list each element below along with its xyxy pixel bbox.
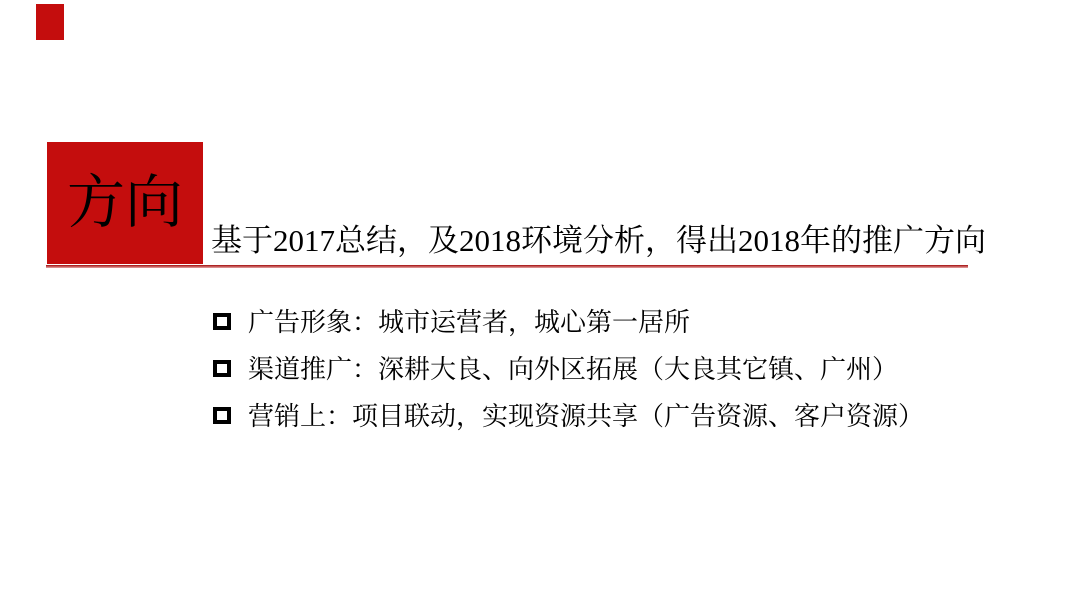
section-title-box: 方向 xyxy=(47,142,203,264)
title-divider-line xyxy=(46,265,968,268)
bullet-text: 营销上：项目联动，实现资源共享（广告资源、客户资源） xyxy=(248,400,924,434)
bullet-text: 渠道推广：深耕大良、向外区拓展（大良其它镇、广州） xyxy=(248,353,898,387)
square-bullet-icon xyxy=(213,407,231,424)
list-item: 广告形象：城市运营者，城心第一居所 xyxy=(213,306,973,340)
top-accent-bar xyxy=(36,4,64,40)
section-label: 方向 xyxy=(67,174,183,232)
list-item: 渠道推广：深耕大良、向外区拓展（大良其它镇、广州） xyxy=(213,353,973,387)
square-bullet-icon xyxy=(213,360,231,377)
square-bullet-icon xyxy=(213,313,231,330)
presentation-slide: 方向 基于2017总结，及2018环境分析，得出2018年的推广方向 广告形象：… xyxy=(0,0,1080,608)
bullet-list: 广告形象：城市运营者，城心第一居所 渠道推广：深耕大良、向外区拓展（大良其它镇、… xyxy=(213,306,973,447)
slide-title: 基于2017总结，及2018环境分析，得出2018年的推广方向 xyxy=(211,220,986,262)
list-item: 营销上：项目联动，实现资源共享（广告资源、客户资源） xyxy=(213,400,973,434)
bullet-text: 广告形象：城市运营者，城心第一居所 xyxy=(248,306,690,340)
